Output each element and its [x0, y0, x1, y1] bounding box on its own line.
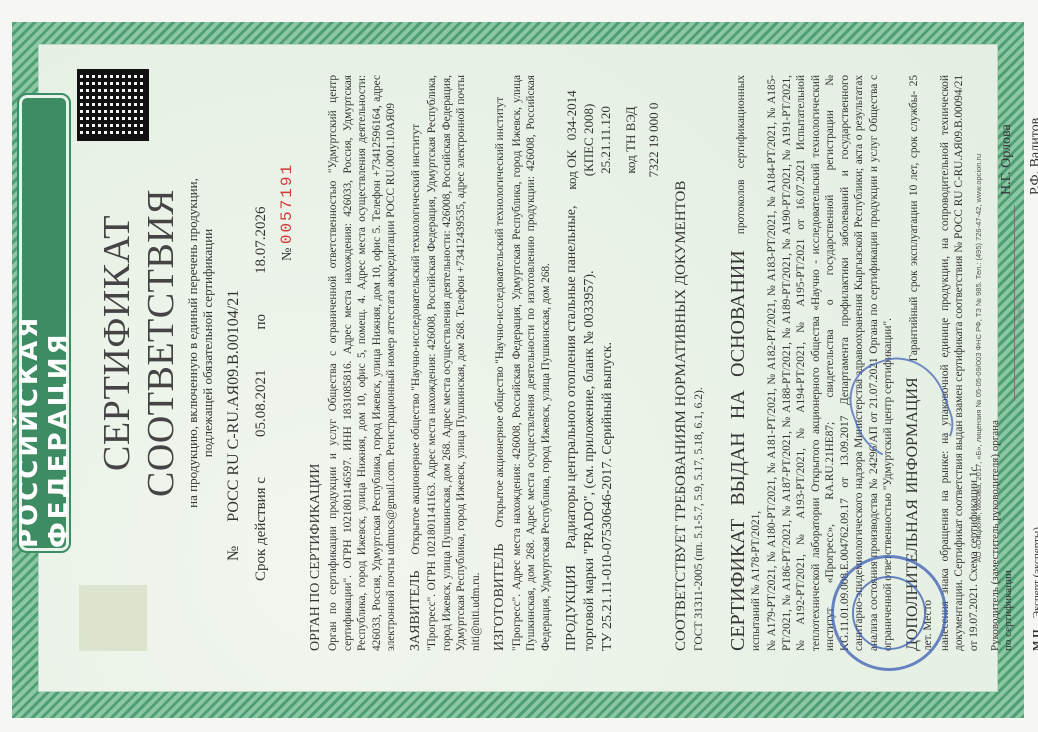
- section-compliance: СООТВЕТСТВУЕТ ТРЕБОВАНИЯМ НОРМАТИВНЫХ ДО…: [672, 75, 705, 651]
- section-certification-body: ОРГАН ПО СЕРТИФИКАЦИИ Орган по сертифика…: [306, 75, 399, 651]
- serial-label: №: [280, 248, 295, 261]
- ok-code-label: код ОК: [564, 150, 579, 190]
- product-codes: код ОК 034-2014 (КПЕС 2008) 25.21.11.120…: [563, 75, 662, 205]
- tnved-label: код ТН ВЭД: [622, 75, 639, 205]
- expert-name: Р.Ф. Валитов: [1028, 75, 1038, 195]
- subtitle-line-1: на продукцию, включенную в единый перече…: [185, 75, 200, 611]
- certification-body-heading: ОРГАН ПО СЕРТИФИКАЦИИ: [308, 464, 323, 651]
- guilloche-border: РОССИЙСКАЯ ФЕДЕРАЦИЯ СЕРТИФИКАТ СООТВЕТС…: [12, 22, 1024, 718]
- certificate-sheet: РОССИЙСКАЯ ФЕДЕРАЦИЯ СЕРТИФИКАТ СООТВЕТС…: [0, 0, 1038, 732]
- section-product: ПРОДУКЦИЯРадиаторы центрального отоплени…: [563, 75, 662, 651]
- product-lead: Радиаторы центрального отопления стальны…: [564, 206, 579, 549]
- validity-to-label: по: [253, 314, 270, 330]
- section-applicant: ЗАЯВИТЕЛЬОткрытое акционерное общество "…: [409, 75, 484, 651]
- head-signature-line: подпись: [994, 205, 1015, 401]
- seal-stamp-icon: [831, 555, 947, 671]
- printer-footer: АО «Опцион», Москва, 2017, «Б», лицензия…: [974, 85, 983, 631]
- product-line-2: торговой марки "PRADO", (см. приложение,…: [581, 205, 599, 651]
- manufacturer-text: "Прогресс". Адрес места нахождения: 4260…: [510, 75, 554, 651]
- blank-serial: № 0057191: [278, 75, 296, 261]
- manufacturer-heading: ИЗГОТОВИТЕЛЬ: [492, 544, 507, 651]
- ok-code-value: 25.21.11.120: [597, 75, 614, 205]
- applicant-lead: Открытое акционерное общество "Научно-ис…: [410, 124, 422, 555]
- section-manufacturer: ИЗГОТОВИТЕЛЬОткрытое акционерное обществ…: [493, 75, 553, 651]
- expert-signature-line: подпись: [1023, 205, 1038, 401]
- signature-expert: М.П. Эксперт (эксперты) подпись Р.Ф. Вал…: [1023, 75, 1038, 651]
- subtitle-line-2: подлежащей обязательной сертификации: [200, 75, 215, 611]
- product-line-3: ТУ 25.21.11-010-07530646-2017. Серийный …: [599, 205, 617, 651]
- serial-number: 0057191: [278, 163, 296, 244]
- expert-role: Эксперт (эксперты): [1031, 527, 1038, 618]
- product-heading: ПРОДУКЦИЯ: [564, 565, 579, 651]
- signature-head: Руководитель (заместитель руководителя) …: [989, 75, 1015, 651]
- country-band: РОССИЙСКАЯ ФЕДЕРАЦИЯ: [19, 95, 69, 551]
- seal-label: М.П.: [1031, 627, 1038, 651]
- certificate-body: РОССИЙСКАЯ ФЕДЕРАЦИЯ СЕРТИФИКАТ СООТВЕТС…: [38, 44, 998, 692]
- validity-row: Срок действия с 05.08.2021 по 18.07.2026: [253, 75, 270, 581]
- compliance-heading: СООТВЕТСТВУЕТ ТРЕБОВАНИЯМ НОРМАТИВНЫХ ДО…: [673, 181, 689, 651]
- number-label: №: [225, 546, 242, 561]
- certificate-number: РОСС RU C-RU.АЯ09.В.00104/21: [225, 290, 242, 522]
- certificate-title: СЕРТИФИКАТ СООТВЕТСТВИЯ: [95, 75, 183, 611]
- head-role: Руководитель (заместитель руководителя) …: [989, 411, 1015, 651]
- ok-code-std2: (КПЕС 2008): [580, 75, 597, 205]
- ok-code-std: 034-2014: [564, 90, 579, 140]
- seal-and-expert: М.П. Эксперт (эксперты): [1031, 411, 1038, 651]
- valid-to: 18.07.2026: [253, 206, 270, 274]
- basis-heading: СЕРТИФИКАТ ВЫДАН НА ОСНОВАНИИ: [727, 250, 749, 651]
- applicant-heading: ЗАЯВИТЕЛЬ: [408, 571, 423, 651]
- head-name: Н.Г. Орлова: [999, 75, 1015, 195]
- certificate-number-row: № РОСС RU C-RU.АЯ09.В.00104/21: [225, 75, 243, 561]
- certificate-subtitle: на продукцию, включенную в единый перече…: [185, 75, 215, 611]
- certification-body-text: Орган по сертификации продукции и услуг …: [326, 75, 399, 651]
- manufacturer-lead: Открытое акционерное общество "Научно-ис…: [494, 97, 506, 528]
- validity-label: Срок действия с: [253, 477, 270, 581]
- valid-from: 05.08.2021: [253, 370, 270, 438]
- applicant-text: "Прогресс". ОГРН 1021801141163. Адрес ме…: [425, 75, 483, 651]
- compliance-text: ГОСТ 31311-2005 (пп. 5.1-5.7, 5.9, 5.17,…: [693, 75, 705, 651]
- country-band-text: РОССИЙСКАЯ ФЕДЕРАЦИЯ: [14, 98, 74, 548]
- tnved-value: 7322 19 000 0: [645, 75, 662, 205]
